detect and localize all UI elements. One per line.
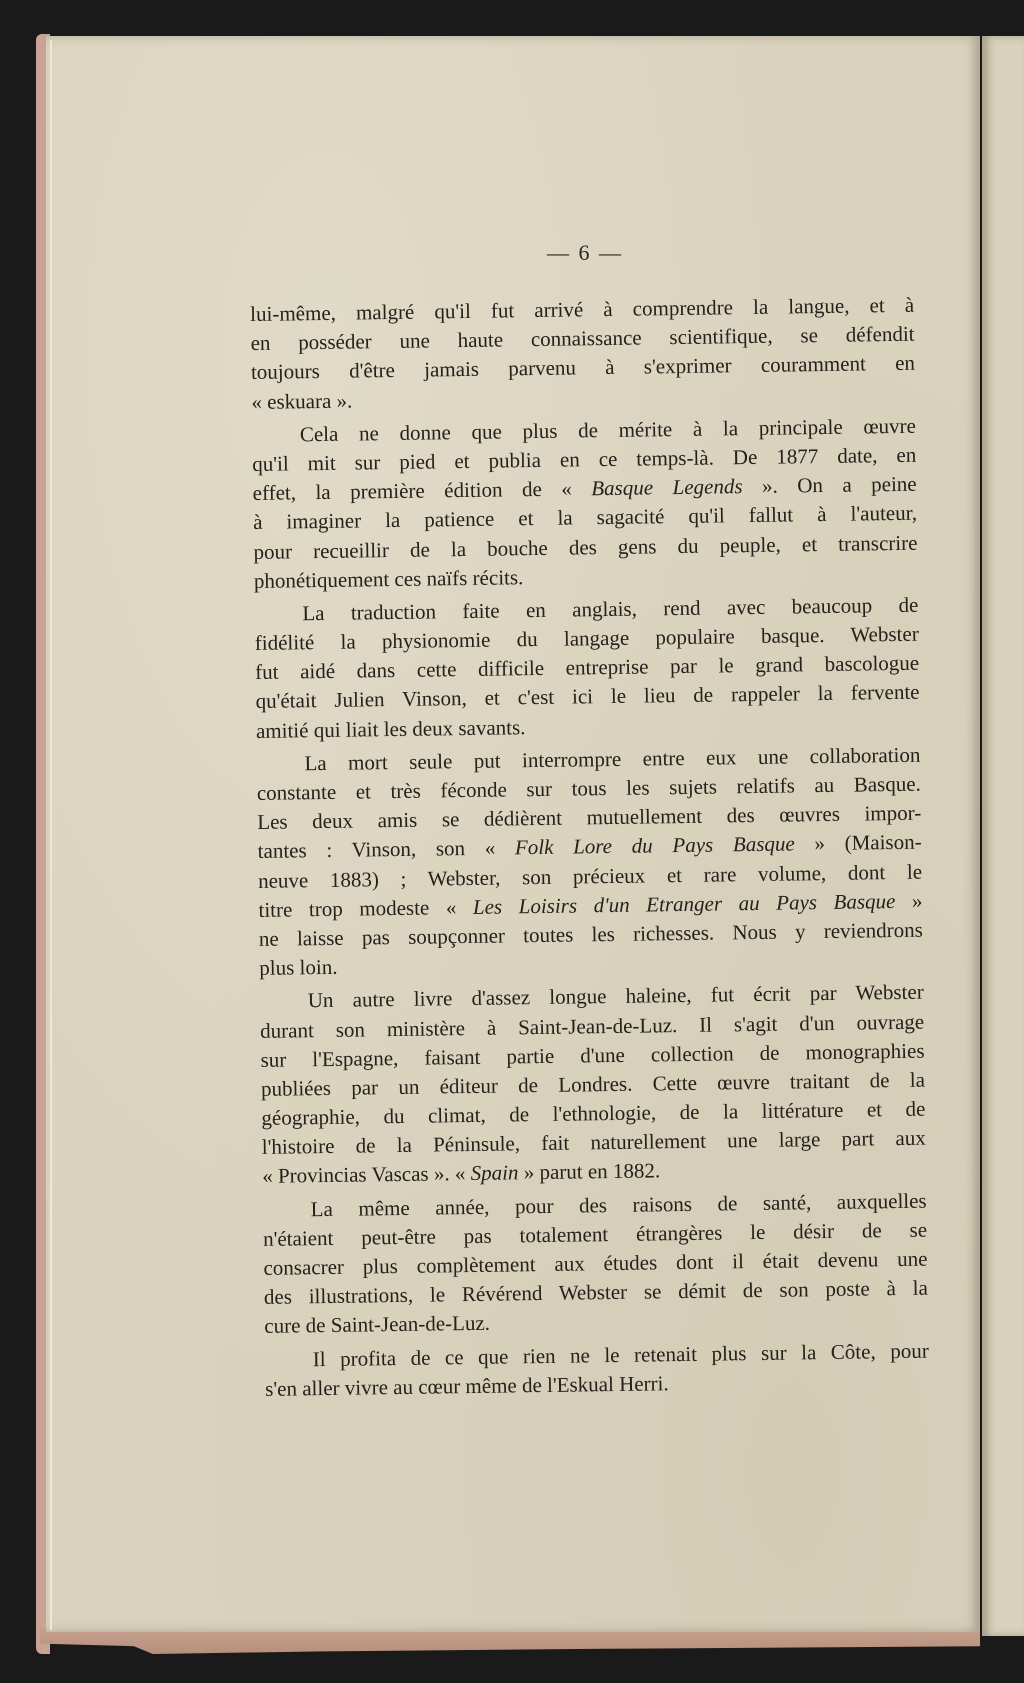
facing-page-edge [982, 36, 1024, 1636]
paragraph: La même année, pour des raisons de santé… [263, 1186, 929, 1341]
body-text: lui-même, malgré qu'il fut arrivé à comp… [250, 291, 929, 1408]
paragraph: lui-même, malgré qu'il fut arrivé à comp… [250, 291, 916, 417]
page-stack-edge [50, 40, 52, 1630]
paragraph: Cela ne donne que plus de mérite à la pr… [252, 411, 918, 595]
paragraph: Un autre livre d'assez longue haleine, f… [260, 978, 927, 1192]
paragraph: La mort seule put interrompre entre eux … [256, 740, 923, 983]
paragraph: La traduction faite en anglais, rend ave… [254, 591, 920, 746]
page-number: — 6 — [0, 240, 1024, 266]
paragraph: Il profita de ce que rien ne le retenait… [265, 1336, 930, 1404]
